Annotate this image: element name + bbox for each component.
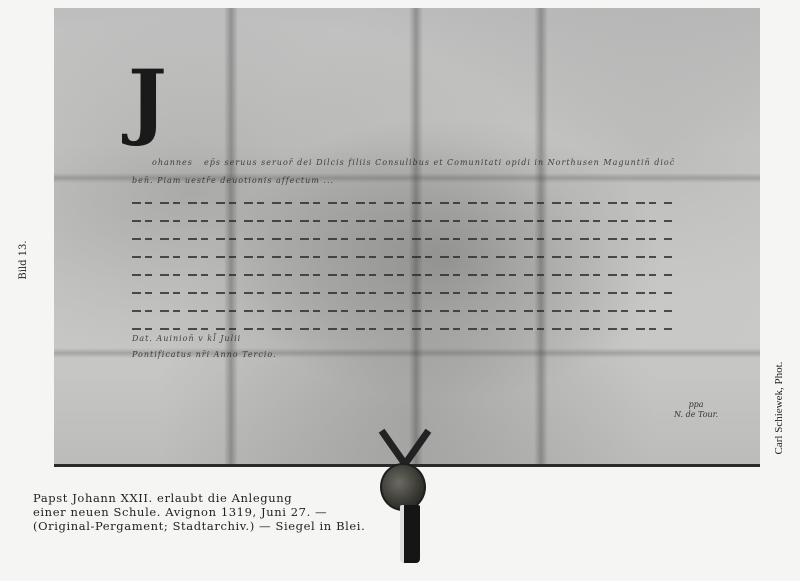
fold-crease — [224, 8, 238, 464]
lead-seal — [380, 463, 426, 511]
script-line — [132, 310, 672, 312]
seal-tassel — [400, 505, 420, 563]
caption-line: einer neuen Schule. Avignon 1319, Juni 2… — [33, 505, 365, 519]
caption-line: (Original-Pergament; Stadtarchiv.) — Sie… — [33, 519, 365, 533]
script-line — [132, 202, 672, 204]
script-line — [132, 328, 672, 330]
fold-crease — [534, 8, 548, 464]
pontificate-year: Pontificatus nr̄i Anno Tercio. — [132, 350, 277, 359]
script-line — [132, 256, 672, 258]
caption-line: Papst Johann XXII. erlaubt die Anlegung — [33, 491, 365, 505]
chancery-notation: ppa N. de Tour. — [674, 400, 718, 419]
fold-crease — [409, 8, 423, 464]
opening-word: ohannes — [152, 158, 193, 167]
charter-parchment: J ohannes ep̄s seruus seruor̄ dei Dil̄ci… — [54, 8, 760, 464]
illuminated-initial: J — [128, 60, 167, 142]
notation-line: ppa — [674, 400, 718, 410]
script-line: ben̄. Piam uestr̄e deuotionis affectum .… — [132, 176, 334, 185]
plate-label: Bild 13. — [18, 240, 38, 280]
script-line — [132, 274, 672, 276]
notation-line: N. de Tour. — [674, 410, 718, 420]
dating-clause: Dat. Auinion̄ v kl̄ Julii — [132, 334, 241, 343]
script-line — [132, 220, 672, 222]
script-line: ep̄s seruus seruor̄ dei Dil̄cis filiis C… — [204, 158, 674, 167]
script-line — [132, 292, 672, 294]
figure-caption: Papst Johann XXII. erlaubt die Anlegung … — [33, 491, 365, 533]
script-line — [132, 238, 672, 240]
photo-credit: Carl Schiewek, Phot. — [773, 353, 789, 463]
